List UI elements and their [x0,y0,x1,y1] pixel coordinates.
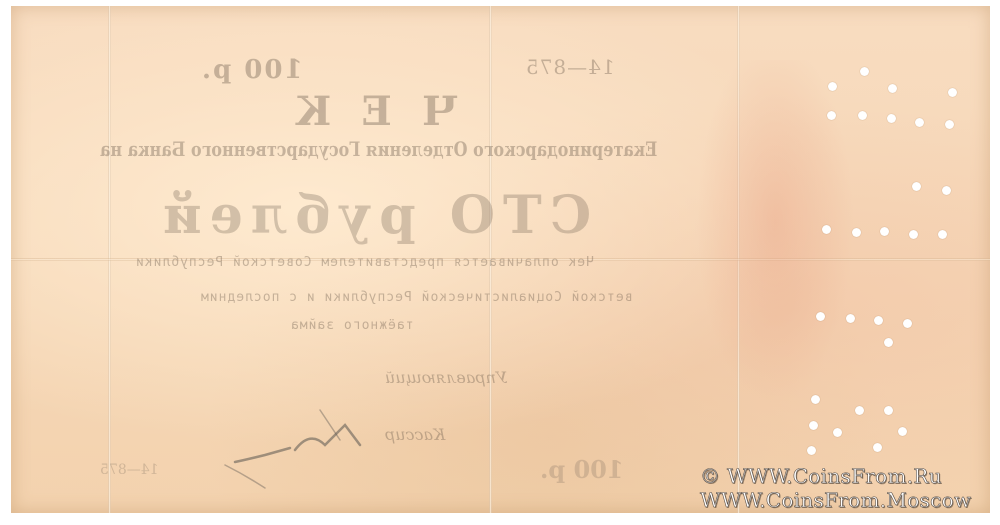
perforation-hole [942,186,951,195]
perforation-hole [809,421,818,430]
signature-label-cashier: Кассир [385,425,445,444]
serial-number-bottom: 14—875 [100,462,159,478]
serial-number-top: 14—875 [525,55,615,79]
perforation-hole [915,118,924,127]
perforation-hole [912,182,921,191]
perforation-hole [816,312,825,321]
perforation-hole [833,428,842,437]
perforation-hole [828,82,837,91]
perforation-hole [874,316,883,325]
perforation-hole [884,338,893,347]
perforation-hole [884,406,893,415]
perforation-hole [827,111,836,120]
watermark-line-2: WWW.CoinsFrom.Moscow [700,488,971,512]
perforation-hole [898,427,907,436]
perforation-hole [880,227,889,236]
perforation-hole [873,443,882,452]
denomination-top: 100 р. [200,55,303,85]
perforation-hole [948,88,957,97]
amount-text: СТО рублей [155,185,591,246]
body-line-4: таёжного займа [290,318,414,333]
perforation-hole [858,111,867,120]
body-line-3: ветской Социалистической Республики и с … [200,290,633,305]
perforation-hole [909,230,918,239]
perforation-hole [852,228,861,237]
perforation-hole [846,314,855,323]
perforation-hole [938,230,947,239]
perforation-hole [822,225,831,234]
signature-scrawl-icon [215,400,385,490]
perforation-hole [860,67,869,76]
issuer-line: Екатеринодарского Отделения Государствен… [100,138,657,161]
perforation-hole [887,114,896,123]
watermark-line-1: © WWW.CoinsFrom.Ru [700,464,942,488]
denomination-bottom: 100 р. [540,455,624,484]
perforation-hole [855,406,864,415]
perforation-hole [811,395,820,404]
perforation-hole [807,446,816,455]
perforation-hole [903,319,912,328]
signature-label-manager: Управляющий [385,368,507,387]
body-line-2: Чек оплачивается представителем Советско… [135,255,594,270]
title-cheque: ЧЕК [265,88,458,135]
perforation-hole [945,120,954,129]
perforation-hole [888,84,897,93]
